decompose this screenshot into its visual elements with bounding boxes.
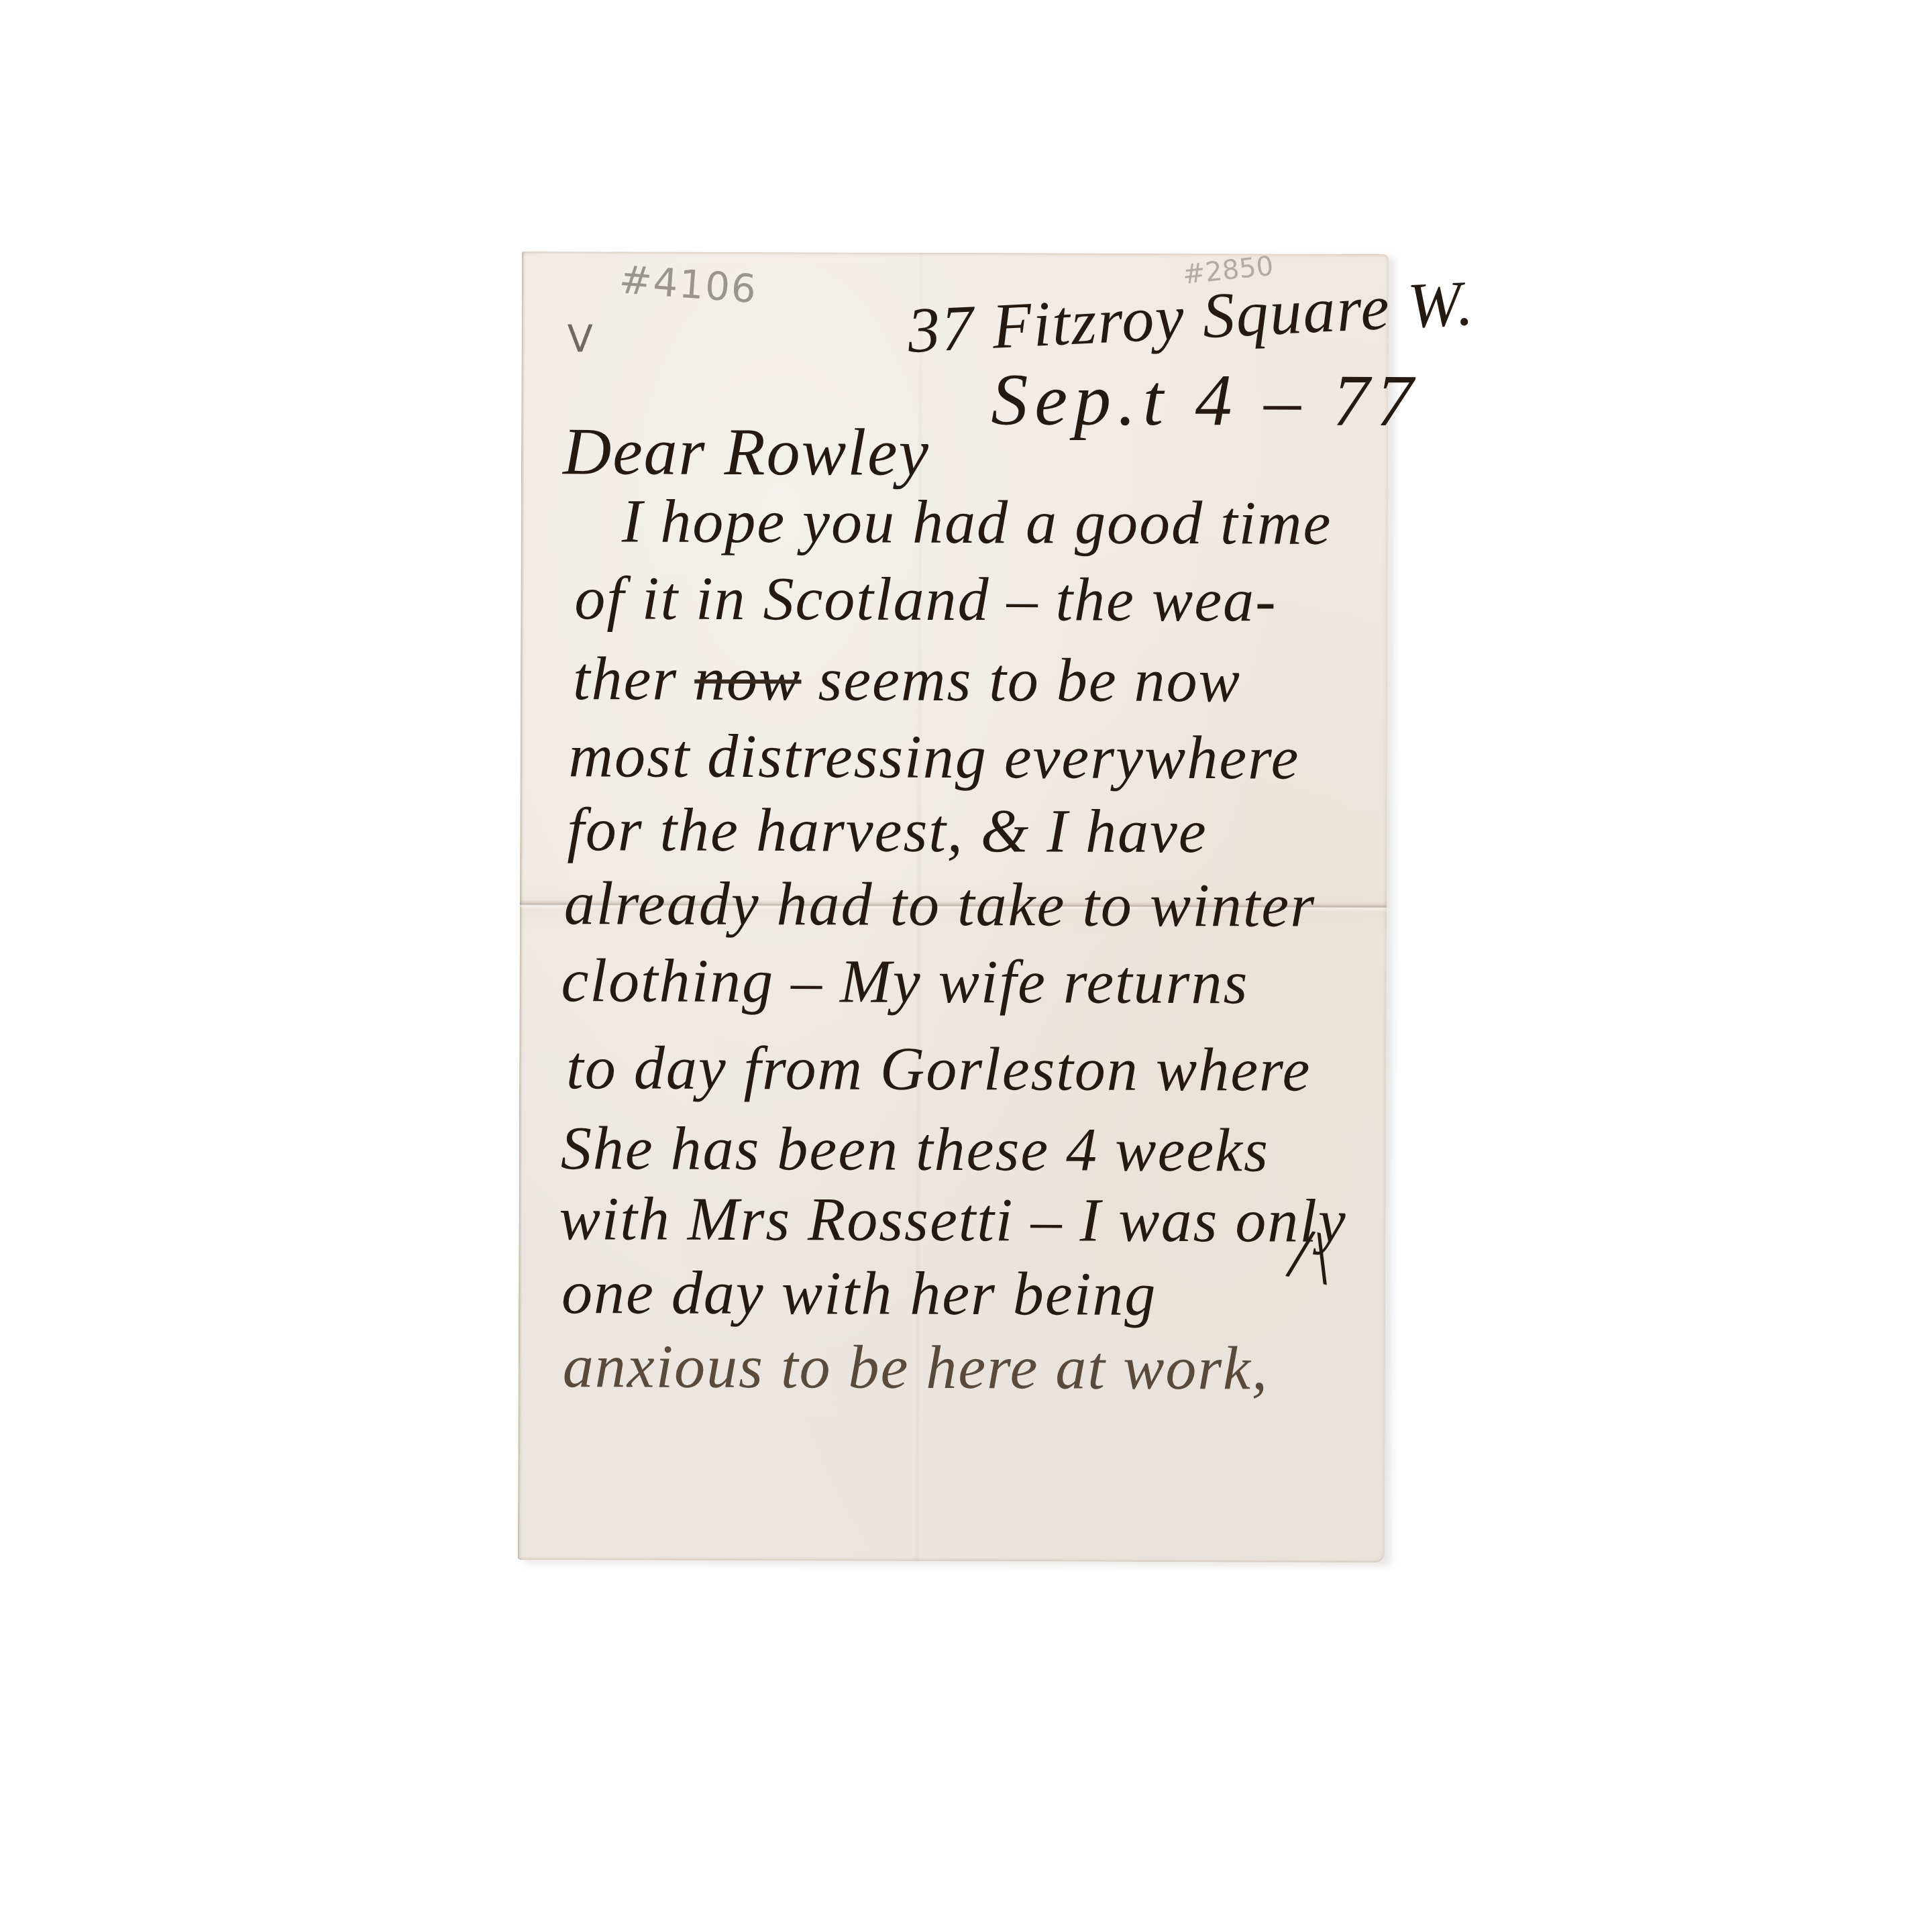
body-line: ther now seems to be now — [573, 647, 1241, 711]
body-line: of it in Scotland – the wea- — [574, 567, 1277, 631]
body-line: already had to take to winter — [564, 872, 1316, 936]
body-text: seems to be now — [801, 645, 1241, 714]
body-line: for the harvest, & I have — [567, 798, 1207, 862]
check-mark-annotation: V — [567, 317, 593, 361]
body-text: ther — [573, 644, 695, 713]
struck-word: now — [694, 645, 802, 714]
body-line: clothing – My wife returns — [561, 949, 1248, 1013]
letter-page: #4106 #2850 V 37 Fitzroy Square W. Sep.t… — [518, 252, 1389, 1562]
body-text: clothing – My wife returns — [561, 946, 1248, 1016]
body-line: to day from Gorleston where — [566, 1036, 1311, 1100]
body-line: one day with her being — [561, 1261, 1157, 1325]
salutation: Dear Rowley — [563, 413, 930, 491]
body-line: anxious to be here at work, — [563, 1335, 1269, 1399]
body-text: anxious to be here at work, — [563, 1332, 1269, 1402]
body-text: most distressing everywhere — [568, 721, 1299, 792]
body-line: with Mrs Rossetti – I was only — [559, 1187, 1347, 1252]
body-line: I hope you had a good time — [622, 490, 1332, 553]
body-text: I hope you had a good time — [622, 486, 1332, 557]
body-text: one day with her being — [561, 1258, 1157, 1328]
body-line: most distressing everywhere — [568, 724, 1299, 788]
body-text: already had to take to winter — [564, 869, 1316, 940]
body-text: to day from Gorleston where — [566, 1033, 1311, 1104]
letter-date: Sep.t 4 – 77 — [991, 357, 1420, 443]
body-text: of it in Scotland – the wea- — [574, 563, 1277, 634]
body-line: She has been these 4 weeks — [561, 1117, 1269, 1181]
body-text: for the harvest, & I have — [567, 795, 1207, 865]
body-text: She has been these 4 weeks — [561, 1114, 1269, 1184]
body-text: with Mrs Rossetti – I was only — [559, 1184, 1347, 1255]
catalog-number-annotation: #4106 — [618, 256, 759, 312]
